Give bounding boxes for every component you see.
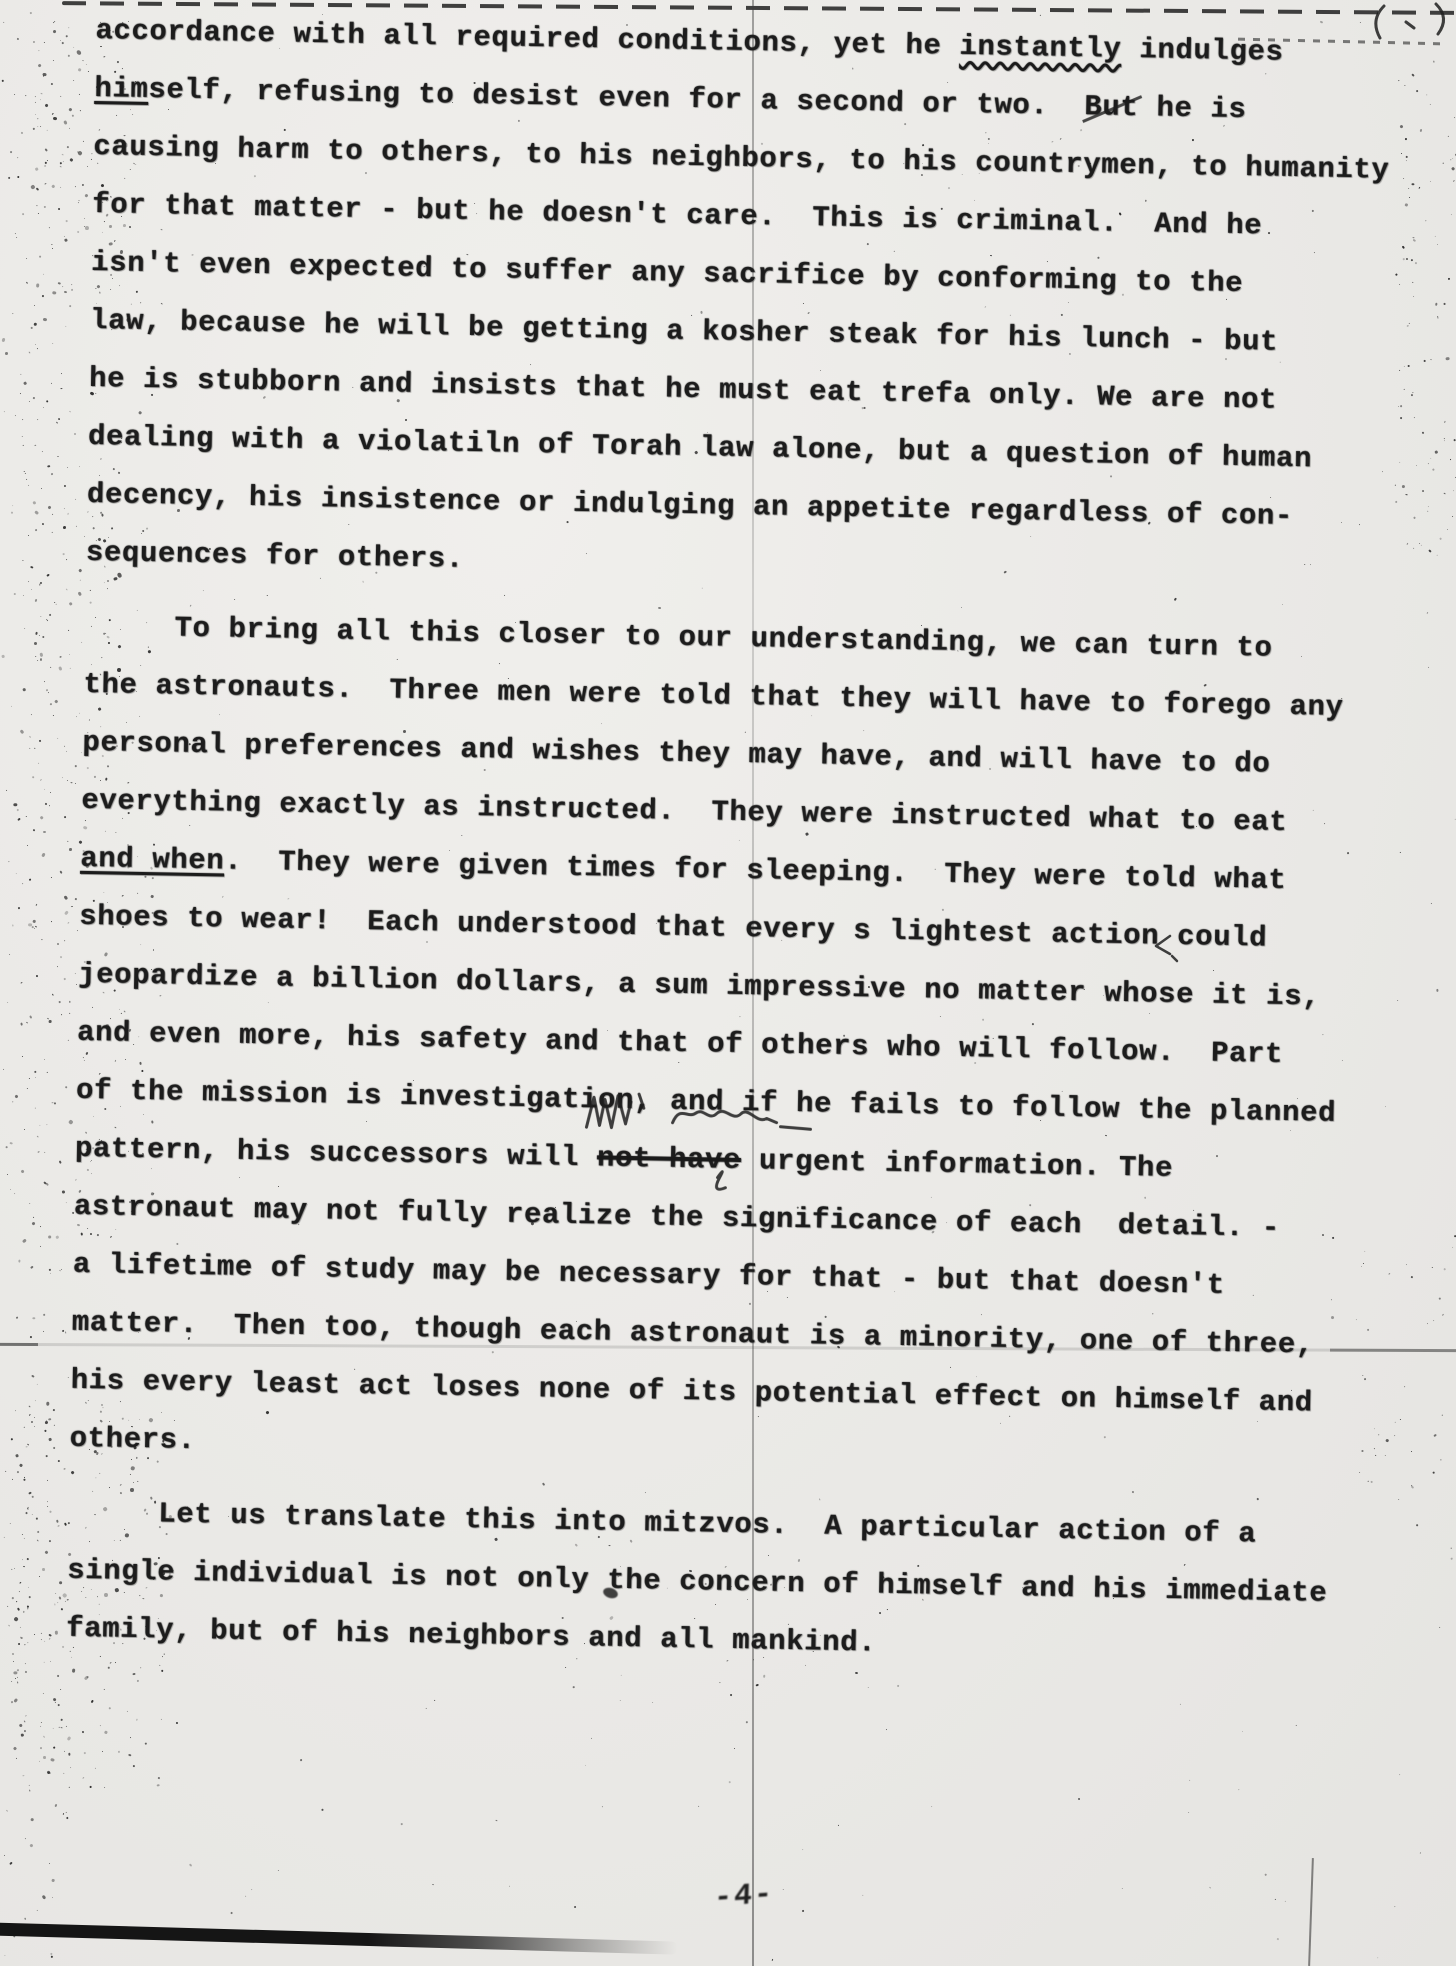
- text-segment: But: [1084, 78, 1139, 137]
- text-segment: others.: [69, 1422, 196, 1457]
- text-segment: he is: [1138, 91, 1247, 126]
- text-segment: personal preferences and wishes they may…: [82, 726, 1271, 781]
- text-segment: isn't even expected to suffer any sacrif…: [91, 246, 1244, 300]
- page-number: -4-: [713, 1878, 774, 1916]
- bottom-streak: [0, 1922, 678, 1954]
- text-segment: jeopardize a billion dollars, a sum impr…: [78, 958, 1321, 1014]
- text-segment: indulges: [1121, 33, 1284, 69]
- text-segment: single individual is not only the concer…: [67, 1554, 1328, 1610]
- text-segment: family, but of his neighbors and all man…: [66, 1612, 877, 1660]
- text-segment: causing harm to others, to his neighbors…: [93, 130, 1390, 187]
- text-segment: pattern, his successors will: [75, 1132, 598, 1175]
- text-segment: . They were given times for sleeping. Th…: [224, 844, 1287, 896]
- text-segment: him: [94, 72, 149, 106]
- text-segment: accordance with all required conditions,…: [95, 14, 960, 63]
- handwritten-scribble: [579, 1083, 851, 1200]
- right-edge-line: [1308, 1858, 1314, 1966]
- handwritten-caret-mark: [1150, 932, 1182, 964]
- text-segment: sequences for others.: [86, 536, 465, 576]
- text-segment: To bring all this closer to our understa…: [174, 612, 1273, 665]
- text-segment: his every least act loses none of its po…: [70, 1364, 1313, 1420]
- text-segment: self, refusing to desist even for a seco…: [148, 73, 1085, 123]
- text-segment: law, because he will be getting a kosher…: [90, 304, 1279, 359]
- text-segment: Let us translate this into mitzvos. A pa…: [158, 1497, 1257, 1550]
- text-segment: for that matter - but he doesn't care. T…: [92, 188, 1263, 242]
- text-segment: a lifetime of study may be necessary for…: [73, 1248, 1226, 1302]
- scanned-page: accordance with all required conditions,…: [0, 0, 1456, 1966]
- text-segment: instantly: [959, 30, 1122, 66]
- text-segment: shoes to wear! Each understood that ever…: [79, 900, 1268, 955]
- text-segment: everything exactly as instructed. They w…: [81, 784, 1288, 839]
- text-segment: the astronauts. Three men were told that…: [83, 668, 1344, 724]
- text-segment: astronaut may not fully realize the sign…: [74, 1190, 1281, 1245]
- text-segment: matter. Then too, though each astronaut …: [71, 1306, 1314, 1362]
- typewritten-text: accordance with all required conditions,…: [66, 2, 1426, 1682]
- text-segment: he is stubborn and insists that he must …: [89, 362, 1278, 417]
- text-segment: and even more, his safety and that of ot…: [77, 1016, 1284, 1071]
- text-segment: decency, his insistence or indulging an …: [87, 478, 1294, 533]
- text-segment: dealing with a violatiln of Torah law al…: [88, 420, 1313, 475]
- text-segment: and when: [80, 842, 225, 878]
